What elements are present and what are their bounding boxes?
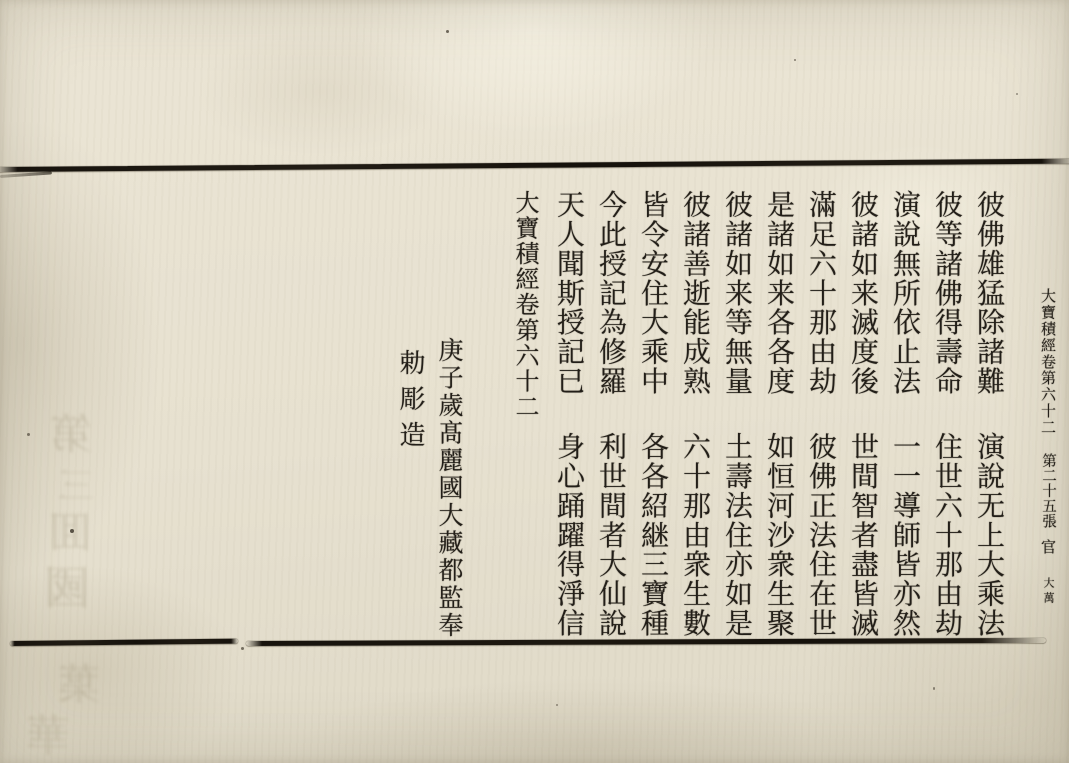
- verse-second-half: 一一導師皆亦然: [889, 432, 922, 638]
- margin-note-case-mark: 官: [1039, 539, 1057, 555]
- margin-note-carver-mark: 大萬: [1042, 577, 1055, 607]
- verse-second-half: 身心踊躍得淨信: [553, 432, 586, 638]
- verse-first-half: 彼諸善逝能成熟: [679, 190, 712, 396]
- showthrough-glyph: 國: [44, 552, 90, 618]
- colophon-date-line: 庚子歲髙麗國大藏都監奉: [427, 337, 471, 640]
- verse-first-half: 演說無所依止法: [889, 190, 922, 396]
- verse-column: 皆令安住大乘中各各紹継三寶種: [632, 190, 674, 650]
- ink-speck: [1016, 93, 1018, 95]
- frame-rule-top-stub: [0, 171, 52, 178]
- verse-second-half: 各各紹継三寶種: [637, 432, 670, 638]
- scanned-sutra-page: 大寶積經卷第六十二第二十五張官大萬 彼佛雄猛除諸難演說无上大乘法 彼等諸佛得壽命…: [0, 0, 1069, 763]
- frame-rule-top: [0, 159, 1069, 172]
- ink-speck: [27, 433, 30, 436]
- verse-second-half: 演說无上大乘法: [973, 432, 1006, 638]
- verse-column: 彼諸如来滅度後世間智者盡皆滅: [842, 190, 884, 650]
- verse-second-half: 六十那由衆生數: [679, 432, 712, 638]
- margin-note-title: 大寶積經卷第六十二: [1039, 288, 1057, 436]
- end-title: 大寶積經卷第六十二: [502, 190, 548, 650]
- verse-first-half: 彼諸如来等無量: [721, 190, 754, 396]
- verse-block: 彼佛雄猛除諸難演說无上大乘法 彼等諸佛得壽命住世六十那由劫 演說無所依止法一一導…: [502, 190, 1010, 650]
- verse-first-half: 滿足六十那由劫: [805, 190, 838, 396]
- colophon-edict-line: 勅彫造: [391, 349, 429, 457]
- ink-speck: [794, 59, 796, 61]
- verse-column: 是諸如来各各度如恒河沙衆生聚: [758, 190, 800, 650]
- verse-column: 彼諸善逝能成熟六十那由衆生數: [674, 190, 716, 650]
- showthrough-glyph: 第: [50, 402, 92, 462]
- verse-first-half: 皆令安住大乘中: [637, 190, 670, 396]
- showthrough-glyph: 囬: [48, 496, 92, 560]
- verse-column: 演說無所依止法一一導師皆亦然: [884, 190, 926, 650]
- ink-speck: [556, 704, 558, 706]
- verse-first-half: 是諸如来各各度: [763, 190, 796, 396]
- margin-note-sheet-number: 第二十五張: [1040, 453, 1056, 529]
- frame-rule-bottom-left: [10, 639, 238, 646]
- ink-speck: [933, 687, 935, 690]
- verse-column: 今此授記為修羅利世間者大仙說: [590, 190, 632, 650]
- margin-note: 大寶積經卷第六十二第二十五張官大萬: [1031, 288, 1065, 607]
- verse-second-half: 住世六十那由劫: [931, 432, 964, 638]
- verse-second-half: 彼佛正法住在世: [805, 432, 838, 638]
- verse-column: 彼等諸佛得壽命住世六十那由劫: [926, 190, 968, 650]
- showthrough-glyph: 華: [26, 700, 70, 763]
- verse-second-half: 利世間者大仙說: [595, 432, 628, 638]
- verse-first-half: 天人聞斯授記已: [553, 190, 586, 396]
- ink-speck: [446, 30, 449, 33]
- verse-first-half: 彼佛雄猛除諸難: [973, 190, 1006, 396]
- ink-speck: [241, 647, 244, 650]
- ink-speck: [70, 529, 74, 533]
- verse-second-half: 如恒河沙衆生聚: [763, 432, 796, 638]
- verse-first-half: 彼等諸佛得壽命: [931, 190, 964, 396]
- verse-column: 天人聞斯授記已身心踊躍得淨信: [548, 190, 590, 650]
- verse-second-half: 土壽法住亦如是: [721, 432, 754, 638]
- verse-column: 彼佛雄猛除諸難演說无上大乘法: [968, 190, 1010, 650]
- verse-first-half: 今此授記為修羅: [595, 190, 628, 396]
- verse-column: 彼諸如来等無量土壽法住亦如是: [716, 190, 758, 650]
- verse-first-half: 彼諸如来滅度後: [847, 190, 880, 396]
- verse-second-half: 世間智者盡皆滅: [847, 432, 880, 638]
- verse-column: 滿足六十那由劫彼佛正法住在世: [800, 190, 842, 650]
